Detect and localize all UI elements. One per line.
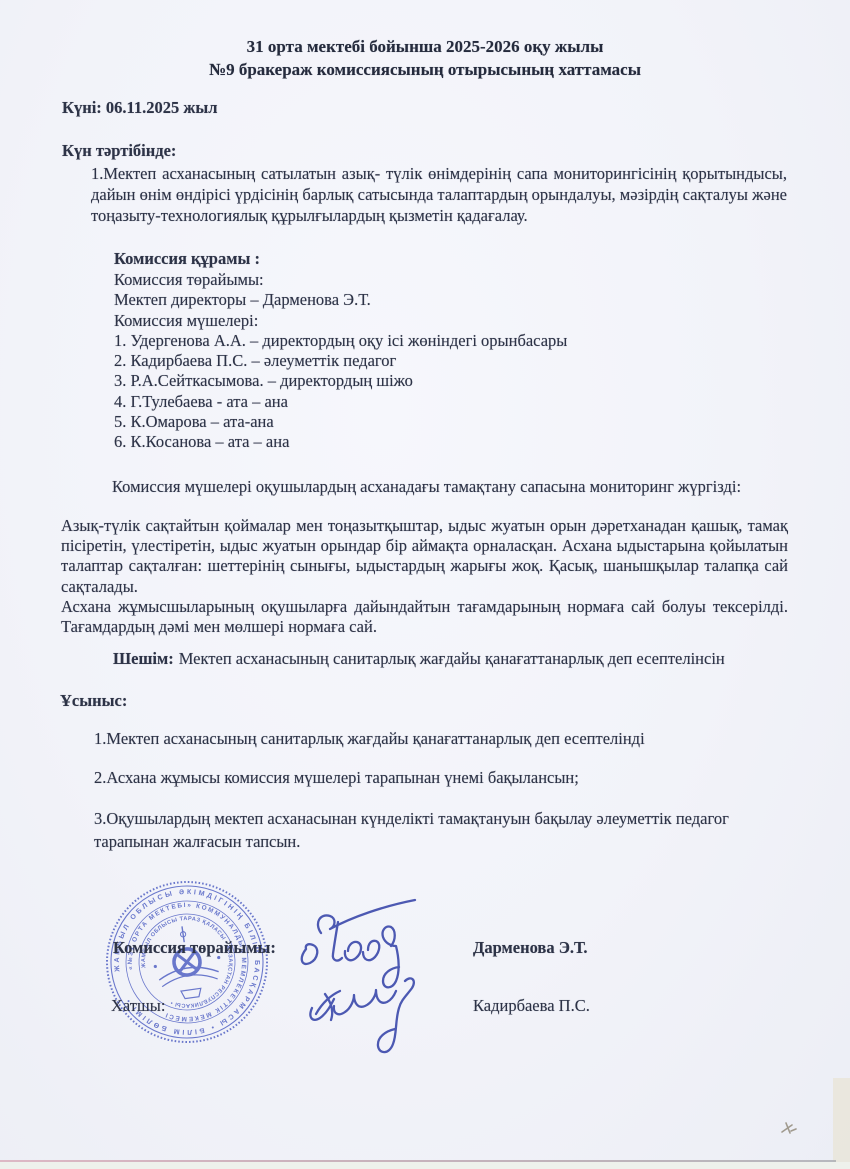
secretary-signature <box>310 978 413 1052</box>
stamp-center-emblem <box>149 922 226 1003</box>
decision-line: Шешім:Мектеп асханасының санитарлық жағд… <box>113 649 725 669</box>
scan-bottom-strip <box>0 1162 850 1169</box>
document-title-line1: 31 орта мектебі бойынша 2025-2026 оқу жы… <box>0 37 850 57</box>
official-round-stamp: ЖАМБЫЛ ОБЛЫСЫ ӘКІМДІГІНІҢ БІЛІМ БАСҚАРМА… <box>101 876 273 1048</box>
proposal-2: 2.Асхана жұмысы комиссия мүшелері тарапы… <box>94 768 794 788</box>
scanned-protocol-page: 31 орта мектебі бойынша 2025-2026 оқу жы… <box>0 0 850 1169</box>
handwritten-signatures <box>285 865 455 1075</box>
commission-member-5: 5. К.Омарова – ата-ана <box>114 412 794 432</box>
proposal-1: 1.Мектеп асханасының санитарлық жағдайы … <box>94 729 794 749</box>
commission-chair-line: Мектеп директоры – Дарменова Э.Т. <box>114 290 794 310</box>
proposal-3: 3.Оқушылардың мектеп асханасынан күнделі… <box>94 807 788 853</box>
commission-member-1: 1. Удергенова А.А. – директордың оқу ісі… <box>114 331 794 351</box>
decision-label: Шешім: <box>113 649 174 668</box>
signature-row1-name: Дарменова Э.Т. <box>473 938 588 958</box>
commission-member-6: 6. К.Косанова – ата – ана <box>114 432 794 452</box>
commission-list: Комиссия төрайымы: Мектеп директоры – Да… <box>114 270 794 453</box>
body-paragraphs: Азық-түлік сақтайтын қоймалар мен тоңазы… <box>61 516 788 637</box>
agenda-paragraph: 1.Мектеп асханасының сатылатын азық- түл… <box>91 163 787 226</box>
commission-member-2: 2. Кадирбаева П.С. – әлеуметтік педагог <box>114 351 794 371</box>
signature-row2-name: Кадирбаева П.С. <box>473 996 590 1016</box>
staple-mark <box>772 1115 806 1149</box>
scanner-background-corner <box>833 1078 850 1169</box>
body-paragraph-2: Асхана жұмысшыларының оқушыларға дайында… <box>61 597 788 637</box>
commission-heading: Комиссия құрамы : <box>114 249 260 269</box>
monitoring-intro: Комиссия мүшелері оқушылардың асханадағы… <box>112 477 741 497</box>
proposals-heading: Ұсыныс: <box>60 691 127 711</box>
commission-members-label: Комиссия мүшелері: <box>114 311 794 331</box>
chair-signature <box>302 900 415 987</box>
agenda-heading: Күн тәртібінде: <box>62 141 176 161</box>
decision-text: Мектеп асханасының санитарлық жағдайы қа… <box>179 649 725 668</box>
date-line: Күні: 06.11.2025 жыл <box>62 98 218 118</box>
commission-member-4: 4. Г.Тулебаева - ата – ана <box>114 392 794 412</box>
document-title-line2: №9 бракераж комиссиясының отырысының хат… <box>0 60 850 80</box>
body-paragraph-1: Азық-түлік сақтайтын қоймалар мен тоңазы… <box>61 516 788 597</box>
commission-member-3: 3. Р.А.Сейткасымова. – директордың шіжо <box>114 371 794 391</box>
commission-chair-label: Комиссия төрайымы: <box>114 270 794 290</box>
signature-row1-label: Комиссия төрайымы: <box>113 938 276 958</box>
signature-row2-label: Хатшы: <box>111 996 165 1016</box>
